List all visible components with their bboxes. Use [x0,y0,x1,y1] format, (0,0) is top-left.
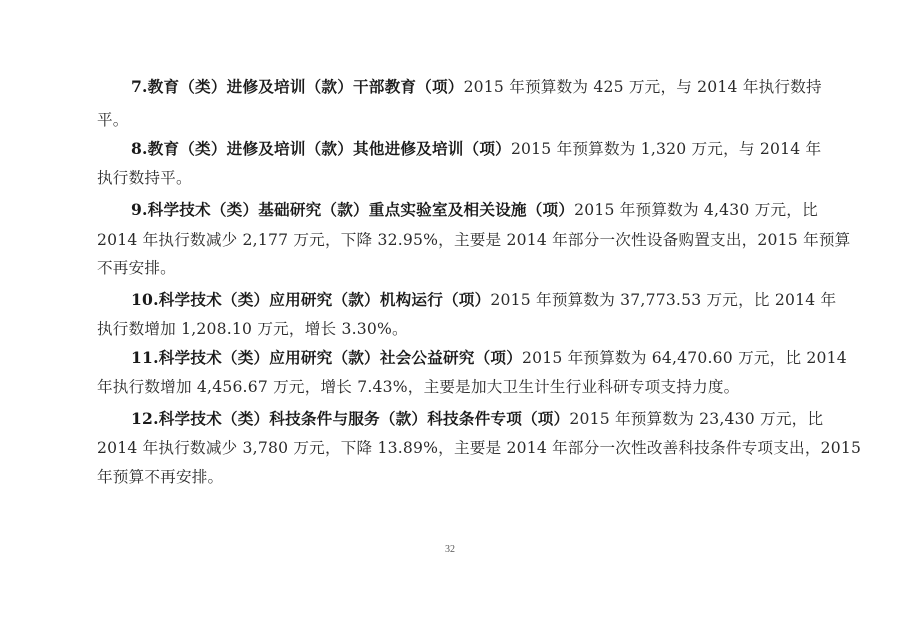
page-number: 32 [0,544,900,555]
document-page: 7.教育（类）进修及培训（款）干部教育（项）2015 年预算数为 425 万元，… [0,0,900,636]
paragraph-12-line-1: 12.科学技术（类）科技条件与服务（款）科技条件专项（项）2015 年预算数为 … [131,407,809,431]
paragraph-12-line-3: 年预算不再安排。 [97,465,809,489]
paragraph-12-line-2: 2014 年执行数减少 3,780 万元，下降 13.89%，主要是 2014 … [97,436,809,460]
paragraph-9-heading: 9.科学技术（类）基础研究（款）重点实验室及相关设施（项） [131,200,574,219]
paragraph-8-heading: 8.教育（类）进修及培训（款）其他进修及培训（项） [131,139,511,158]
paragraph-10-line-2: 执行数增加 1,208.10 万元，增长 3.30%。 [97,317,809,341]
paragraph-7-heading: 7.教育（类）进修及培训（款）干部教育（项） [131,77,464,96]
paragraph-10-line-1: 10.科学技术（类）应用研究（款）机构运行（项）2015 年预算数为 37,77… [131,288,809,312]
paragraph-12-heading: 12.科学技术（类）科技条件与服务（款）科技条件专项（项） [131,409,569,428]
paragraph-9-line-2: 2014 年执行数减少 2,177 万元，下降 32.95%，主要是 2014 … [97,228,809,252]
paragraph-7-line-2: 平。 [97,108,809,132]
paragraph-9-line-1: 9.科学技术（类）基础研究（款）重点实验室及相关设施（项）2015 年预算数为 … [131,198,809,222]
paragraph-8-line-2: 执行数持平。 [97,166,809,190]
paragraph-10-heading: 10.科学技术（类）应用研究（款）机构运行（项） [131,290,490,309]
paragraph-11-line-1: 11.科学技术（类）应用研究（款）社会公益研究（项）2015 年预算数为 64,… [131,346,809,370]
paragraph-8-line-1: 8.教育（类）进修及培训（款）其他进修及培训（项）2015 年预算数为 1,32… [131,137,809,161]
paragraph-9-line-3: 不再安排。 [97,256,809,280]
paragraph-11-heading: 11.科学技术（类）应用研究（款）社会公益研究（项） [131,348,522,367]
paragraph-11-line-2: 年执行数增加 4,456.67 万元，增长 7.43%，主要是加大卫生计生行业科… [97,375,809,399]
paragraph-7-line-1: 7.教育（类）进修及培训（款）干部教育（项）2015 年预算数为 425 万元，… [131,75,809,99]
